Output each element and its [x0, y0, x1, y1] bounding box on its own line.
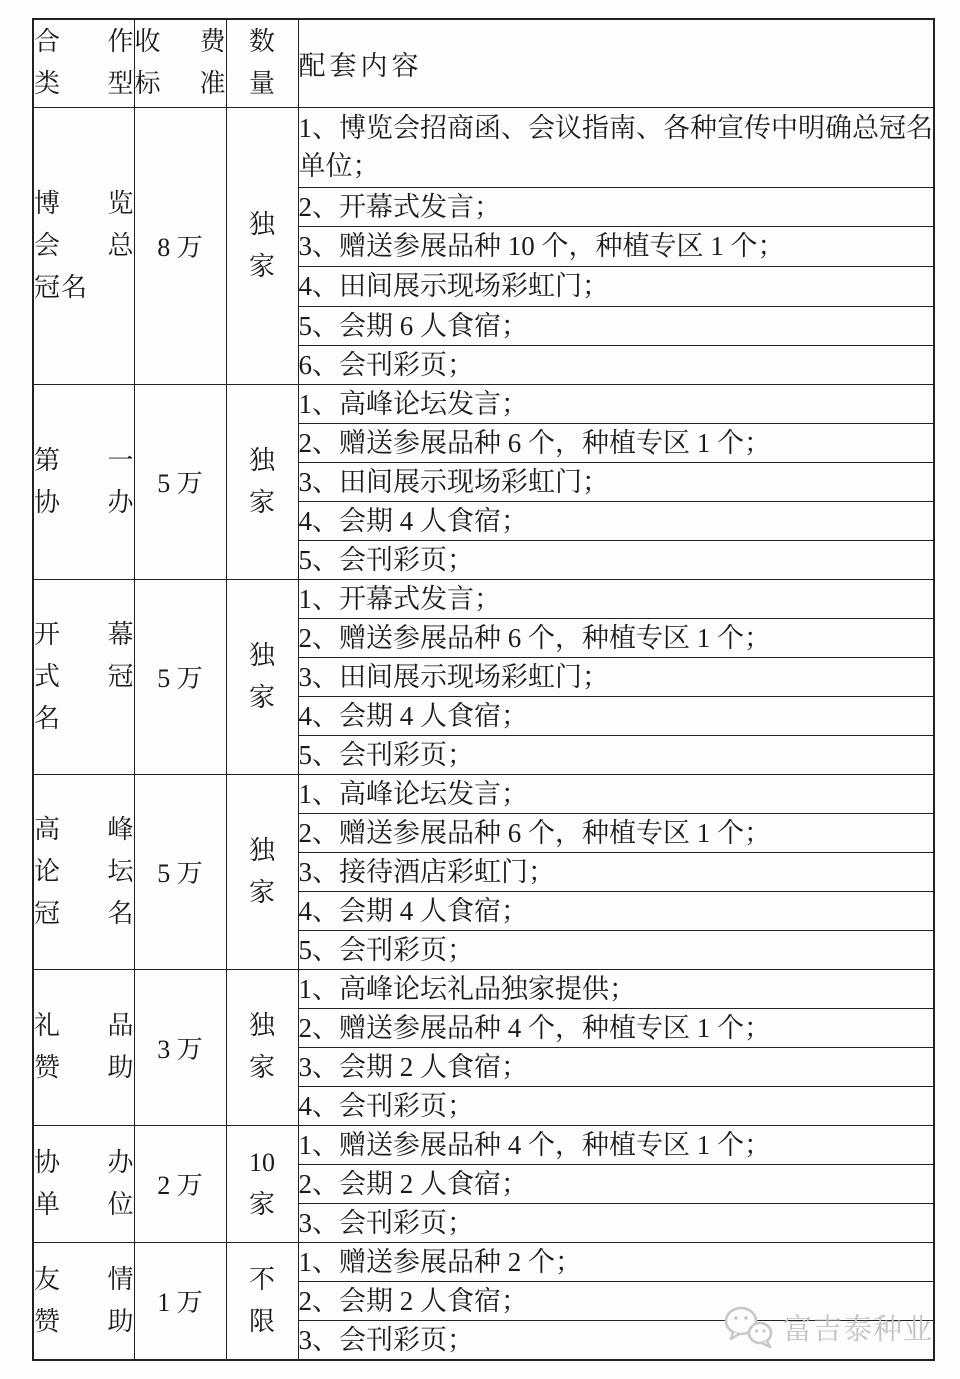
benefit-item: 4、会刊彩页；: [298, 1086, 934, 1125]
table-row: 友情 赞助 1 万 不 限 1、赠送参展品种 2 个；: [33, 1242, 934, 1281]
fee-cell: 2 万: [134, 1125, 226, 1242]
cooperation-type-label: 博览 会总 冠名: [34, 183, 134, 309]
benefit-item: 3、会刊彩页；: [298, 1203, 934, 1242]
benefit-item: 3、田间展示现场彩虹门；: [298, 657, 934, 696]
header-cooperation-type-label: 合作 类型: [34, 21, 134, 105]
header-quantity: 数 量: [226, 19, 298, 107]
cooperation-type-label: 开幕 式冠 名: [34, 614, 134, 740]
header-fee-standard: 收费 标准: [134, 19, 226, 107]
benefit-item: 4、会期 4 人食宿；: [298, 891, 934, 930]
benefit-item: 3、会刊彩页；: [298, 1320, 934, 1360]
cooperation-type-cell: 礼品 赞助: [33, 969, 134, 1125]
table-row: 第一 协办 5 万 独 家 1、高峰论坛发言；: [33, 384, 934, 423]
benefit-item: 1、博览会招商函、会议指南、各种宣传中明确总冠名单位；: [298, 107, 934, 187]
benefit-item: 2、赠送参展品种 6 个，种植专区 1 个；: [298, 813, 934, 852]
benefit-item: 4、田间展示现场彩虹门；: [298, 266, 934, 306]
benefit-item: 6、会刊彩页；: [298, 345, 934, 384]
quantity-cell: 独 家: [226, 969, 298, 1125]
cooperation-type-cell: 友情 赞助: [33, 1242, 134, 1360]
fee-cell: 8 万: [134, 107, 226, 384]
fee-cell: 5 万: [134, 579, 226, 774]
benefit-item: 1、高峰论坛礼品独家提供；: [298, 969, 934, 1008]
benefit-item: 2、赠送参展品种 4 个，种植专区 1 个；: [298, 1008, 934, 1047]
cooperation-type-cell: 第一 协办: [33, 384, 134, 579]
benefit-item: 1、高峰论坛发言；: [298, 384, 934, 423]
fee-cell: 5 万: [134, 384, 226, 579]
cooperation-type-label: 礼品 赞助: [34, 1005, 134, 1089]
quantity-cell: 独 家: [226, 579, 298, 774]
benefit-item: 2、开幕式发言；: [298, 187, 934, 226]
table-row: 礼品 赞助 3 万 独 家 1、高峰论坛礼品独家提供；: [33, 969, 934, 1008]
benefit-item: 1、高峰论坛发言；: [298, 774, 934, 813]
benefit-item: 5、会刊彩页；: [298, 735, 934, 774]
cooperation-type-cell: 开幕 式冠 名: [33, 579, 134, 774]
quantity-cell: 10 家: [226, 1125, 298, 1242]
benefit-item: 1、开幕式发言；: [298, 579, 934, 618]
cooperation-type-label: 第一 协办: [34, 440, 134, 524]
sponsorship-pricing-table: 合作 类型 收费 标准 数 量 配套内容 博览 会总 冠名 8 万 独: [32, 18, 935, 1361]
cooperation-type-label: 友情 赞助: [34, 1259, 134, 1343]
fee-cell: 3 万: [134, 969, 226, 1125]
benefit-item: 5、会刊彩页；: [298, 540, 934, 579]
table-row: 开幕 式冠 名 5 万 独 家 1、开幕式发言；: [33, 579, 934, 618]
benefit-item: 2、赠送参展品种 6 个，种植专区 1 个；: [298, 618, 934, 657]
header-package-content: 配套内容: [298, 19, 934, 107]
benefit-item: 4、会期 4 人食宿；: [298, 696, 934, 735]
benefit-item: 2、会期 2 人食宿；: [298, 1281, 934, 1320]
benefit-item: 1、赠送参展品种 4 个，种植专区 1 个；: [298, 1125, 934, 1164]
quantity-cell: 独 家: [226, 384, 298, 579]
benefit-item: 4、会期 4 人食宿；: [298, 501, 934, 540]
cooperation-type-label: 协办 单位: [34, 1142, 134, 1226]
cooperation-type-label: 高峰 论坛 冠名: [34, 809, 134, 935]
cooperation-type-cell: 博览 会总 冠名: [33, 107, 134, 384]
benefit-item: 3、会期 2 人食宿；: [298, 1047, 934, 1086]
cooperation-type-cell: 高峰 论坛 冠名: [33, 774, 134, 969]
quantity-cell: 独 家: [226, 774, 298, 969]
table-row: 协办 单位 2 万 10 家 1、赠送参展品种 4 个，种植专区 1 个；: [33, 1125, 934, 1164]
benefit-item: 5、会期 6 人食宿；: [298, 306, 934, 345]
benefit-item: 3、接待酒店彩虹门；: [298, 852, 934, 891]
benefit-item: 2、会期 2 人食宿；: [298, 1164, 934, 1203]
benefit-item: 3、赠送参展品种 10 个，种植专区 1 个；: [298, 226, 934, 266]
quantity-cell: 独 家: [226, 107, 298, 384]
table-header-row: 合作 类型 收费 标准 数 量 配套内容: [33, 19, 934, 107]
benefit-item: 5、会刊彩页；: [298, 930, 934, 969]
benefit-item: 3、田间展示现场彩虹门；: [298, 462, 934, 501]
cooperation-type-cell: 协办 单位: [33, 1125, 134, 1242]
quantity-cell: 不 限: [226, 1242, 298, 1360]
fee-cell: 5 万: [134, 774, 226, 969]
table-row: 高峰 论坛 冠名 5 万 独 家 1、高峰论坛发言；: [33, 774, 934, 813]
header-cooperation-type: 合作 类型: [33, 19, 134, 107]
benefit-item: 1、赠送参展品种 2 个；: [298, 1242, 934, 1281]
fee-cell: 1 万: [134, 1242, 226, 1360]
benefit-item: 2、赠送参展品种 6 个，种植专区 1 个；: [298, 423, 934, 462]
table-row: 博览 会总 冠名 8 万 独 家 1、博览会招商函、会议指南、各种宣传中明确总冠…: [33, 107, 934, 187]
header-fee-standard-label: 收费 标准: [135, 21, 226, 105]
